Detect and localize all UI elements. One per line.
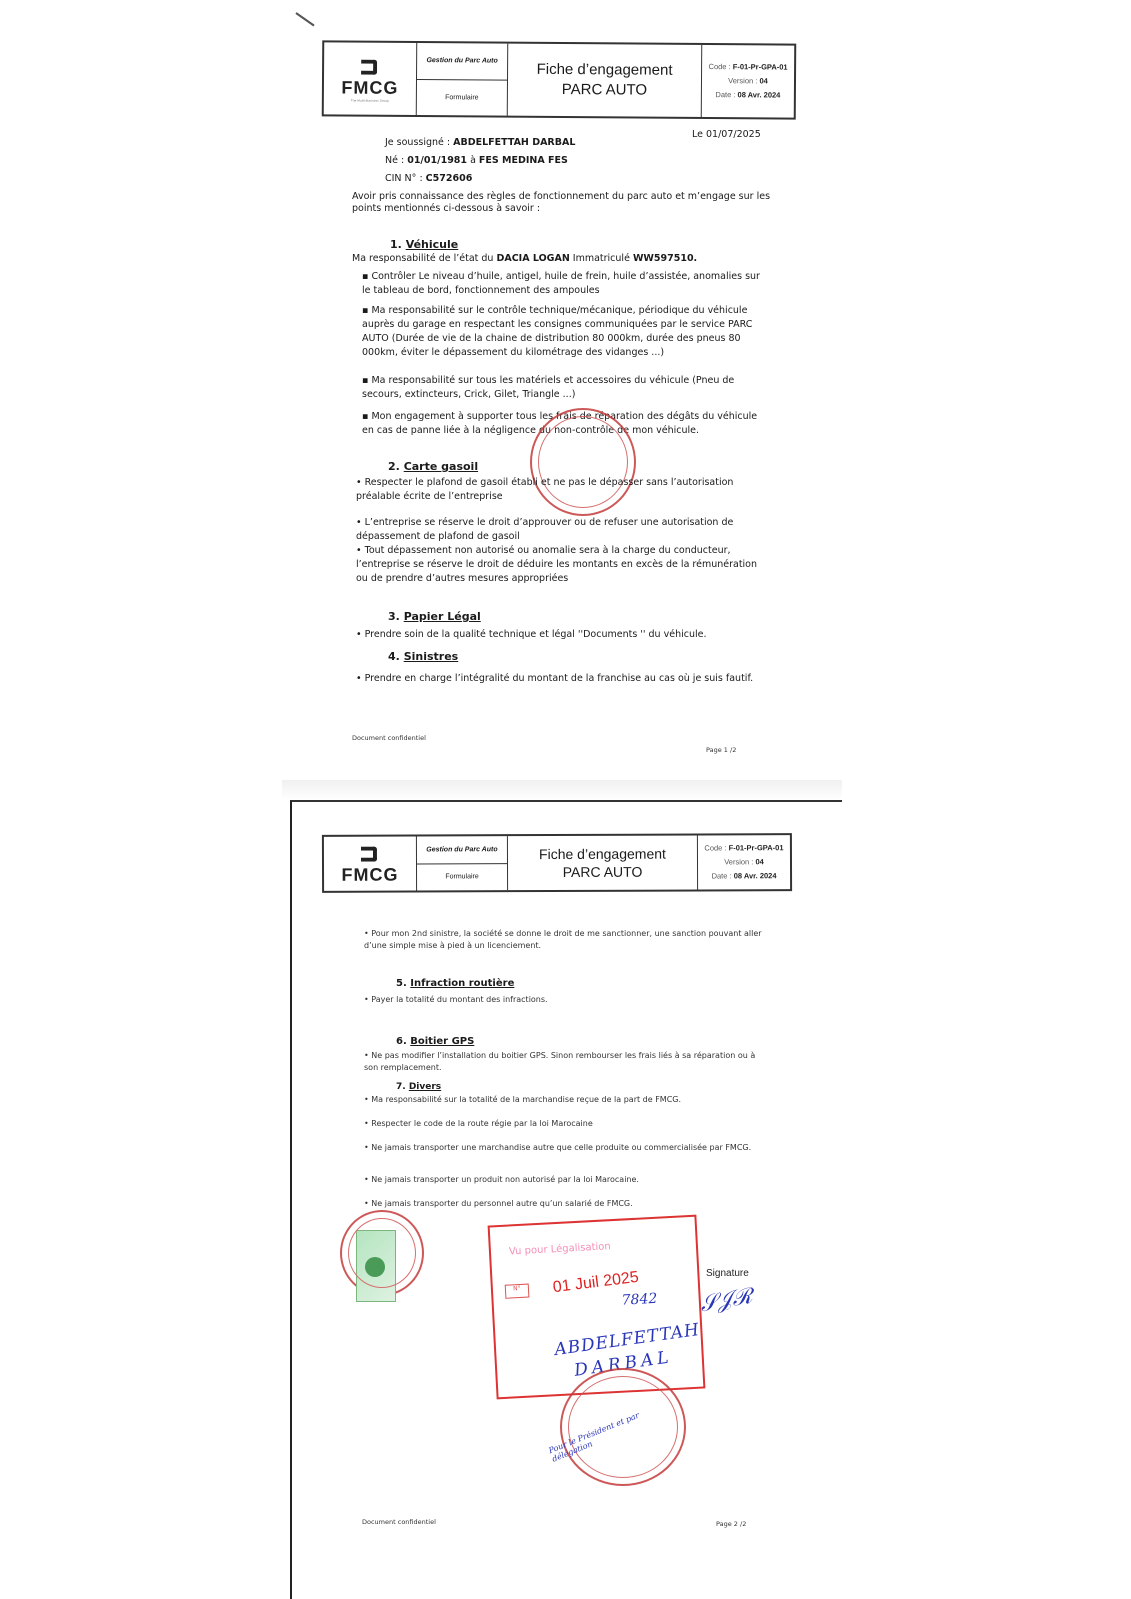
page-2: FMCG Gestion du Parc Auto Formulaire Fic… [290, 800, 842, 1599]
list-item: • Ne jamais transporter un produit non a… [364, 1174, 764, 1186]
list-item: ▪ Contrôler Le niveau d’huile, antigel, … [362, 270, 762, 298]
footer-confidential: Document confidentiel [352, 734, 426, 742]
section-heading-gps: 6. Boitier GPS [396, 1036, 474, 1047]
document-title: Fiche d’engagement PARC AUTO [508, 44, 702, 117]
signature-scribble: 𝒮𝒥ℛ [698, 1284, 754, 1318]
list-item: • Ne pas modifier l’installation du boit… [364, 1050, 764, 1074]
list-item: ▪ Ma responsabilité sur le contrôle tech… [362, 304, 762, 360]
undersigned-line: Je soussigné : ABDELFETTAH DARBAL [385, 136, 575, 149]
list-item: • Ne jamais transporter du personnel aut… [364, 1198, 764, 1210]
page-separator [282, 780, 842, 800]
list-item: • Prendre soin de la qualité technique e… [356, 628, 776, 642]
document-title: Fiche d’engagement PARC AUTO [508, 836, 698, 891]
section-heading-vehicule: 1. Véhicule [390, 238, 458, 251]
list-item: • Prendre en charge l’intégralité du mon… [356, 672, 776, 686]
page-number: Page 2 /2 [716, 1520, 746, 1528]
list-item: • Ne jamais transporter une marchandise … [364, 1142, 759, 1154]
doc-type-label: Formulaire [417, 864, 507, 891]
section-heading-divers: 7. Divers [396, 1082, 441, 1092]
vehicle-responsibility-line: Ma responsabilité de l’état du DACIA LOG… [352, 252, 697, 265]
stamp-number: 7842 [621, 1291, 657, 1309]
list-item: • Ma responsabilité sur la totalité de l… [364, 1094, 764, 1106]
fiscal-stamp-icon [356, 1230, 396, 1302]
list-item: • Pour mon 2nd sinistre, la société se d… [364, 928, 764, 952]
page-number: Page 1 /2 [706, 746, 736, 754]
document-meta: Code : F-01-Pr-GPA-01 Version : 04 Date … [702, 45, 795, 118]
list-item: • Tout dépassement non autorisé ou anoma… [356, 544, 766, 586]
doc-type-label: Formulaire [417, 80, 507, 116]
document-date: Le 01/07/2025 [692, 128, 761, 141]
list-item: • Payer la totalité du montant des infra… [364, 994, 764, 1006]
page-1: FMCG The Multi-Business Group Gestion du… [300, 30, 830, 790]
intro-line-2: points mentionnés ci-dessous à savoir : [352, 202, 540, 215]
list-item: • L’entreprise se réserve le droit d’app… [356, 516, 766, 544]
company-logo: FMCG The Multi-Business Group [324, 42, 418, 115]
document-meta: Code : F-01-Pr-GPA-01 Version : 04 Date … [698, 835, 790, 889]
list-item: • Respecter le code de la route régie pa… [364, 1118, 764, 1130]
cin-line: CIN N° : C572606 [385, 172, 472, 185]
document-header: FMCG Gestion du Parc Auto Formulaire Fic… [322, 833, 792, 893]
footer-confidential: Document confidentiel [362, 1518, 436, 1526]
department-label: Gestion du Parc Auto [417, 43, 507, 80]
section-heading-infraction: 5. Infraction routière [396, 978, 514, 989]
section-heading-sinistres: 4. Sinistres [388, 650, 458, 663]
document-header: FMCG The Multi-Business Group Gestion du… [322, 40, 797, 119]
list-item: • Respecter le plafond de gasoil établi … [356, 476, 766, 504]
section-heading-papier-legal: 3. Papier Légal [388, 610, 481, 623]
company-logo: FMCG [324, 836, 417, 890]
list-item: ▪ Ma responsabilité sur tous les matérie… [362, 374, 762, 402]
scan-artifact [295, 12, 314, 26]
logo-arrow-icon [359, 55, 381, 75]
signature-label: Signature [706, 1268, 749, 1279]
birth-line: Né : 01/01/1981 à FES MEDINA FES [385, 154, 568, 167]
section-heading-carte-gasoil: 2. Carte gasoil [388, 460, 478, 473]
fiscal-stamp-seal [340, 1210, 424, 1296]
department-label: Gestion du Parc Auto [417, 836, 507, 864]
logo-arrow-icon [359, 842, 381, 862]
